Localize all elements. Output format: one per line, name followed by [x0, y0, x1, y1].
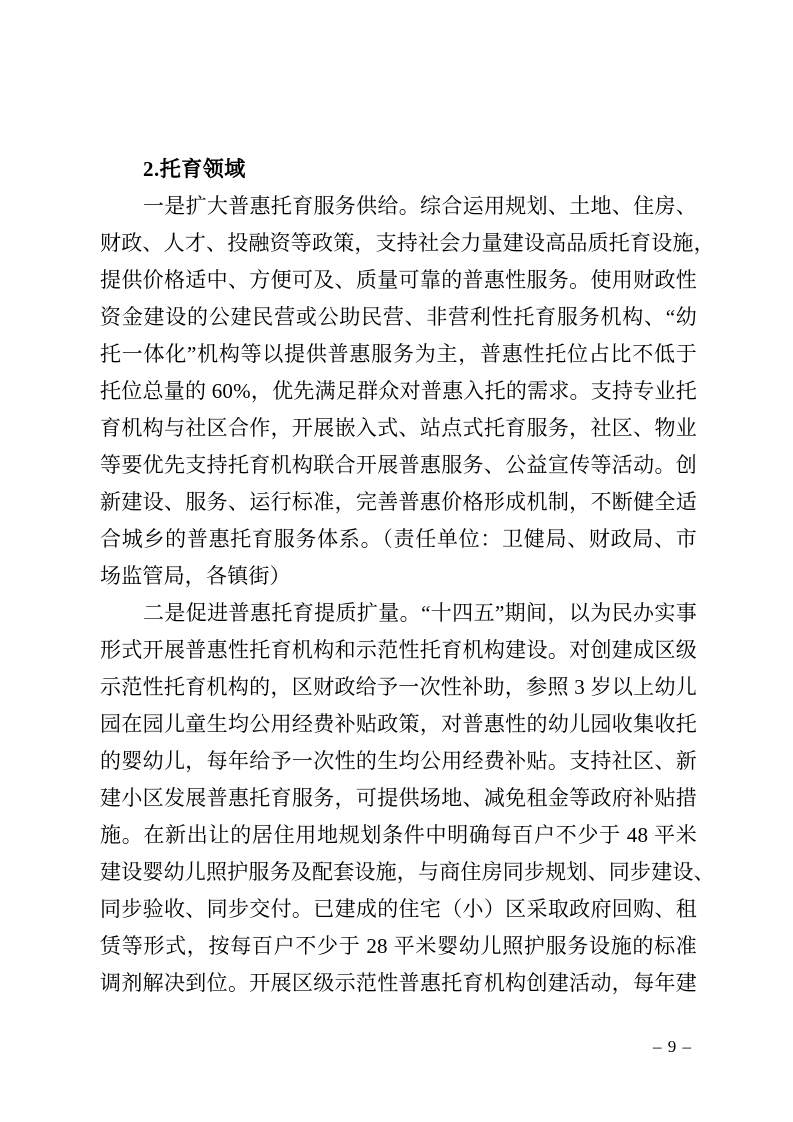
- document-page: 2.托育领域 一是扩大普惠托育服务供给。综合运用规划、土地、住房、 财政、人才、…: [0, 0, 793, 1122]
- text-line: 建小区发展普惠托育服务，可提供场地、减免租金等政府补贴措: [100, 780, 697, 817]
- text-line: 建设婴幼儿照护服务及配套设施，与商住房同步规划、同步建设、: [100, 854, 697, 891]
- text-line: 资金建设的公建民营或公助民营、非营利性托育服务机构、“幼: [100, 299, 697, 336]
- text-line: 托一体化”机构等以提供普惠服务为主，普惠性托位占比不低于: [100, 336, 697, 373]
- section-heading: 2.托育领域: [100, 150, 697, 188]
- text-line: 合城乡的普惠托育服务体系。（责任单位：卫健局、财政局、市: [100, 521, 697, 558]
- text-line: 一是扩大普惠托育服务供给。综合运用规划、土地、住房、: [100, 188, 697, 225]
- text-line: 提供价格适中、方便可及、质量可靠的普惠性服务。使用财政性: [100, 262, 697, 299]
- text-line: 赁等形式，按每百户不少于 28 平米婴幼儿照护服务设施的标准: [100, 928, 697, 965]
- text-line: 施。在新出让的居住用地规划条件中明确每百户不少于 48 平米: [100, 817, 697, 854]
- paragraph-1: 一是扩大普惠托育服务供给。综合运用规划、土地、住房、 财政、人才、投融资等政策，…: [100, 188, 697, 595]
- text-line: 形式开展普惠性托育机构和示范性托育机构建设。对创建成区级: [100, 632, 697, 669]
- text-line: 场监管局，各镇街）: [100, 558, 697, 595]
- text-line: 二是促进普惠托育提质扩量。“十四五”期间，以为民办实事: [100, 595, 697, 632]
- text-line: 托位总量的 60%，优先满足群众对普惠入托的需求。支持专业托: [100, 373, 697, 410]
- paragraph-2: 二是促进普惠托育提质扩量。“十四五”期间，以为民办实事 形式开展普惠性托育机构和…: [100, 595, 697, 1002]
- page-number: – 9 –: [653, 1036, 692, 1058]
- text-line: 调剂解决到位。开展区级示范性普惠托育机构创建活动，每年建: [100, 965, 697, 1002]
- text-block: 2.托育领域 一是扩大普惠托育服务供给。综合运用规划、土地、住房、 财政、人才、…: [100, 150, 697, 1002]
- text-line: 育机构与社区合作，开展嵌入式、站点式托育服务，社区、物业: [100, 410, 697, 447]
- text-line: 新建设、服务、运行标准，完善普惠价格形成机制，不断健全适: [100, 484, 697, 521]
- text-line: 等要优先支持托育机构联合开展普惠服务、公益宣传等活动。创: [100, 447, 697, 484]
- text-line: 财政、人才、投融资等政策，支持社会力量建设高品质托育设施，: [100, 225, 697, 262]
- text-line: 的婴幼儿，每年给予一次性的生均公用经费补贴。支持社区、新: [100, 743, 697, 780]
- text-line: 园在园儿童生均公用经费补贴政策，对普惠性的幼儿园收集收托: [100, 706, 697, 743]
- text-line: 示范性托育机构的，区财政给予一次性补助，参照 3 岁以上幼儿: [100, 669, 697, 706]
- text-line: 同步验收、同步交付。已建成的住宅（小）区采取政府回购、租: [100, 891, 697, 928]
